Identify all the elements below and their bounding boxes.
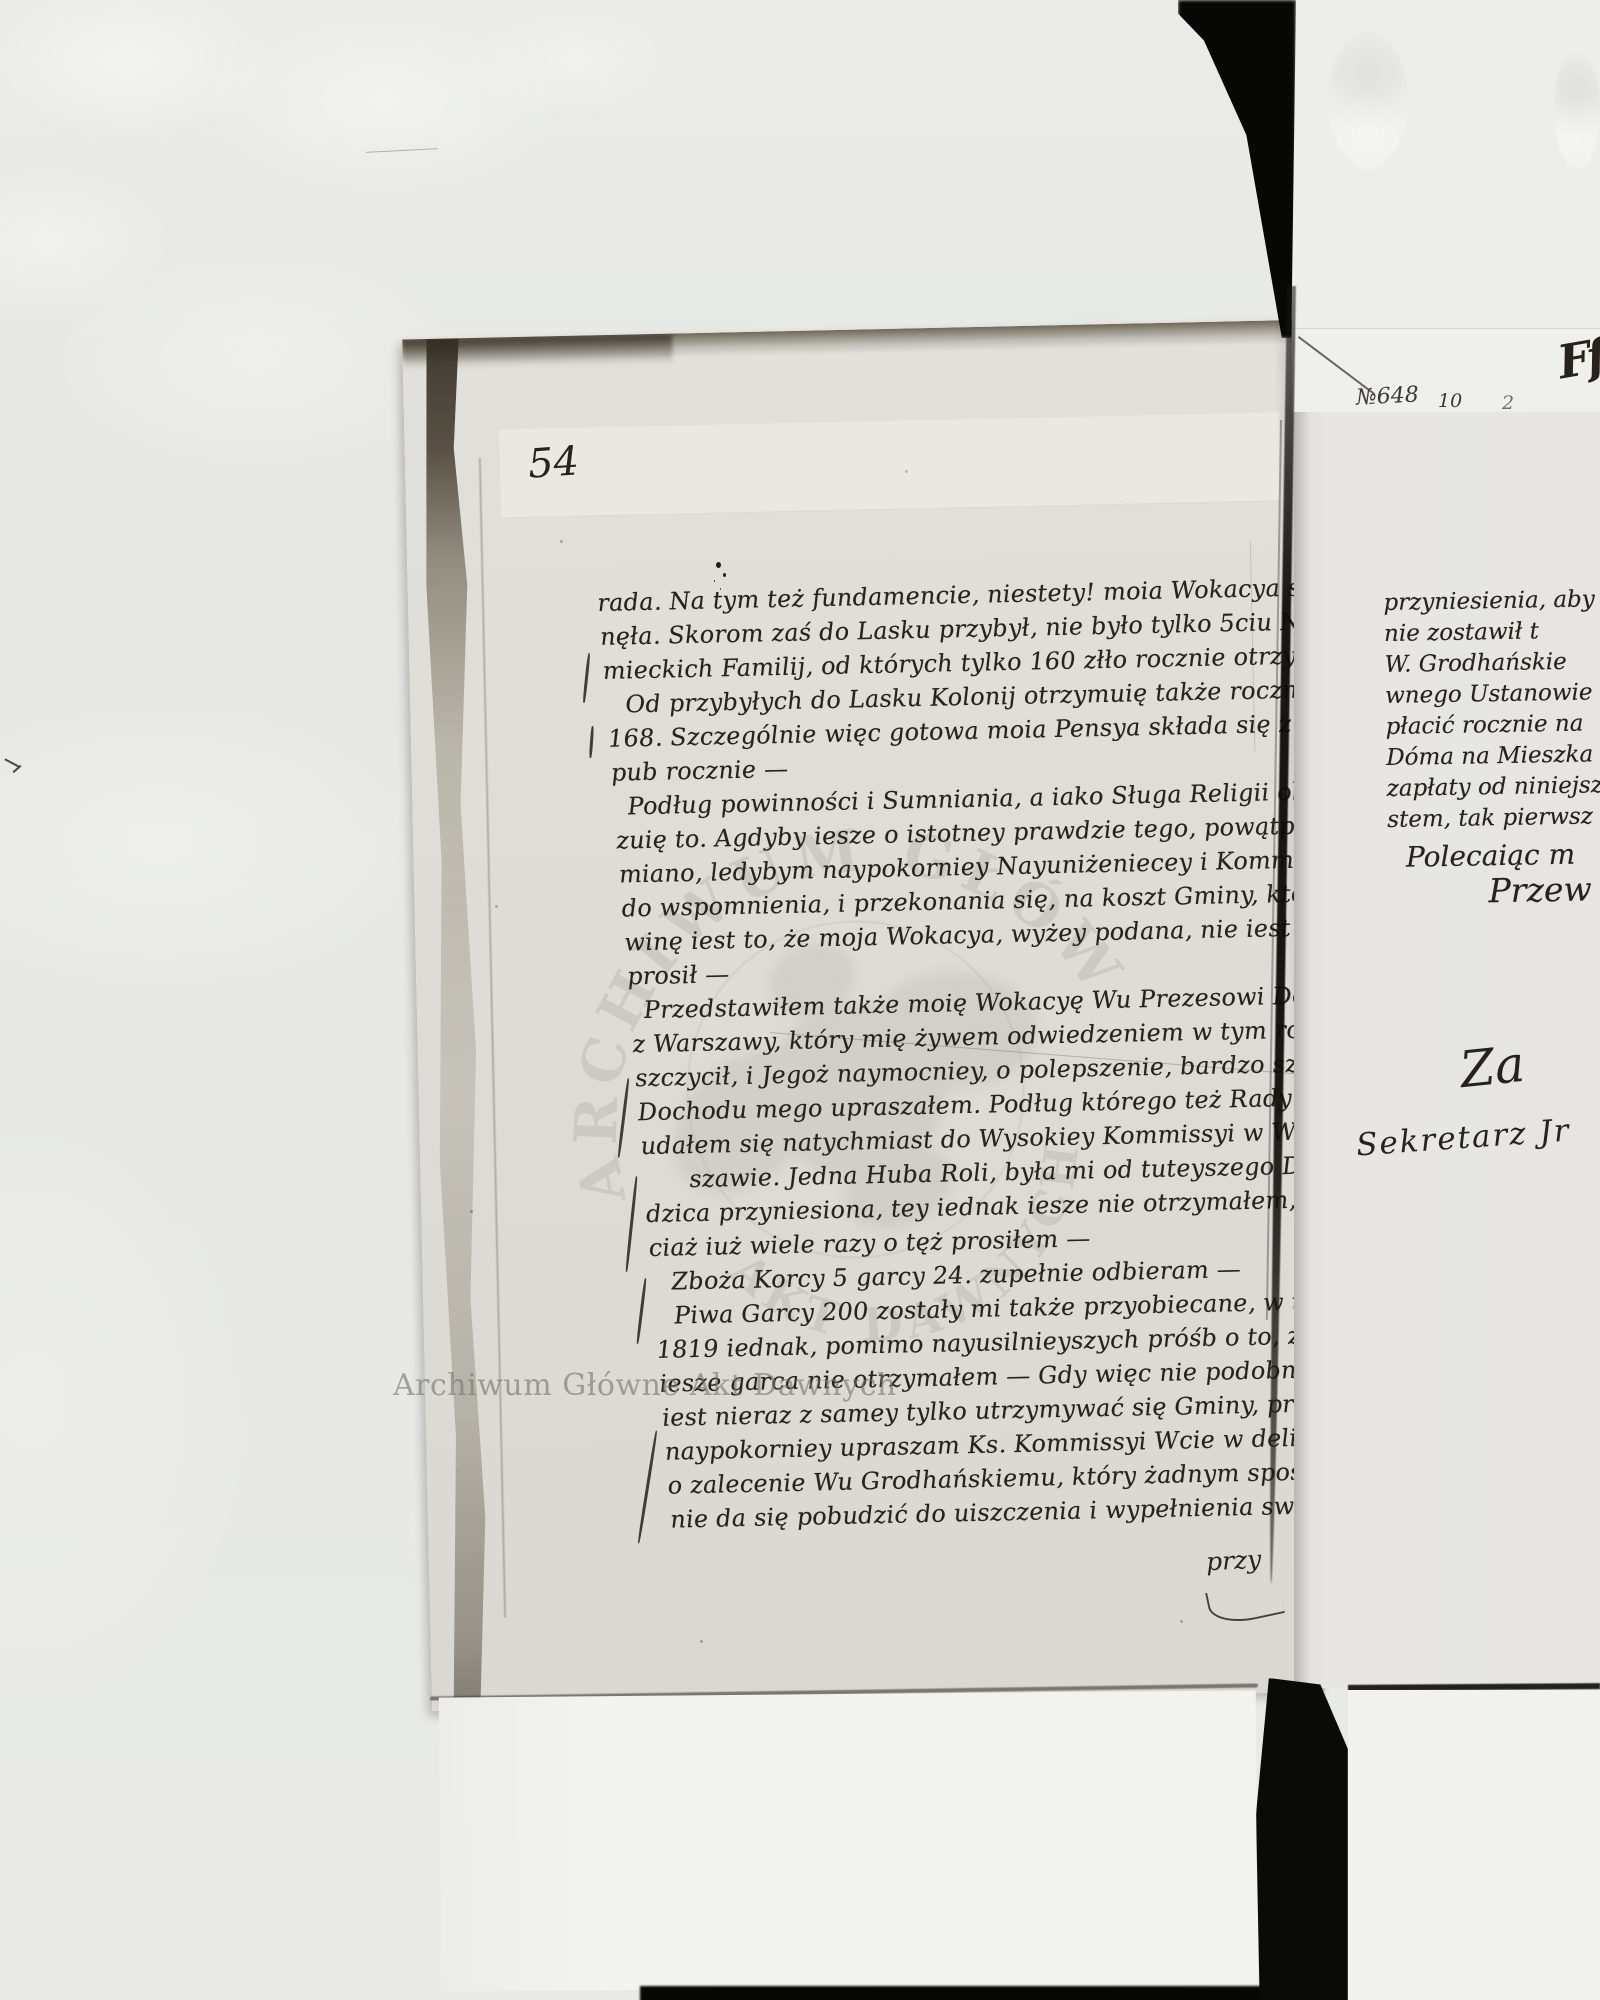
- facing-page-line: płacić rocznie na: [1385, 708, 1600, 743]
- bottom-scan-gap: [640, 1986, 1265, 2000]
- facing-page-line: W. Grodhańskie: [1384, 646, 1600, 681]
- corner-mark: Ff: [1554, 329, 1600, 390]
- binding-shadow: [1294, 412, 1310, 1688]
- facing-page-line: Przew: [1388, 873, 1600, 908]
- ink-blot: [716, 562, 721, 568]
- stray-ink-mark: [13, 765, 22, 773]
- catchword: przy: [1205, 1545, 1262, 1577]
- facing-page-line: zapłaty od niniejsze: [1386, 770, 1600, 805]
- folio-number-annotation: №648: [1355, 382, 1419, 410]
- under-sheet: [439, 1690, 1259, 1991]
- facing-page-line: nie zostawił t: [1384, 615, 1600, 650]
- page-gap-shadow: [1256, 1678, 1348, 2000]
- header-annotation: 10: [1438, 390, 1462, 412]
- facing-page-line: przyniesienia, aby: [1383, 584, 1600, 619]
- facing-page-line: wnego Ustanowie: [1385, 677, 1600, 712]
- header-annotation: 2: [1502, 392, 1514, 414]
- paper-embossing: [1554, 50, 1600, 170]
- page-number: 54: [526, 438, 580, 487]
- facing-page-line: Dóma na Mieszka: [1386, 739, 1600, 774]
- binding-gap-shadow: [1178, 0, 1296, 338]
- facing-page-text-block: przyniesienia, aby nie zostawił t W. Gro…: [1380, 580, 1600, 925]
- facing-page-line: stem, tak pierwsz: [1387, 801, 1600, 836]
- right-top-sheet: [1292, 0, 1600, 330]
- signature-flourish: Za: [1457, 1035, 1527, 1099]
- foxing-specks: [0, 0, 3, 3]
- archival-scan: ARCHIWUM GŁÓWNE AKT DAWNYCH 54 rada. Na …: [0, 0, 1600, 2000]
- archive-watermark-text: Archiwum Główne Akt Dawnych: [393, 1368, 897, 1403]
- right-under-sheet: [1348, 1690, 1600, 2000]
- manuscript-text-block: rada. Na tym też fundamencie, niestety! …: [560, 560, 1298, 1572]
- paper-embossing: [1328, 30, 1408, 170]
- facing-page-line: Polecaiąc m: [1388, 838, 1600, 873]
- paper-tone-band: [499, 412, 1281, 518]
- background-scratch: [366, 148, 438, 153]
